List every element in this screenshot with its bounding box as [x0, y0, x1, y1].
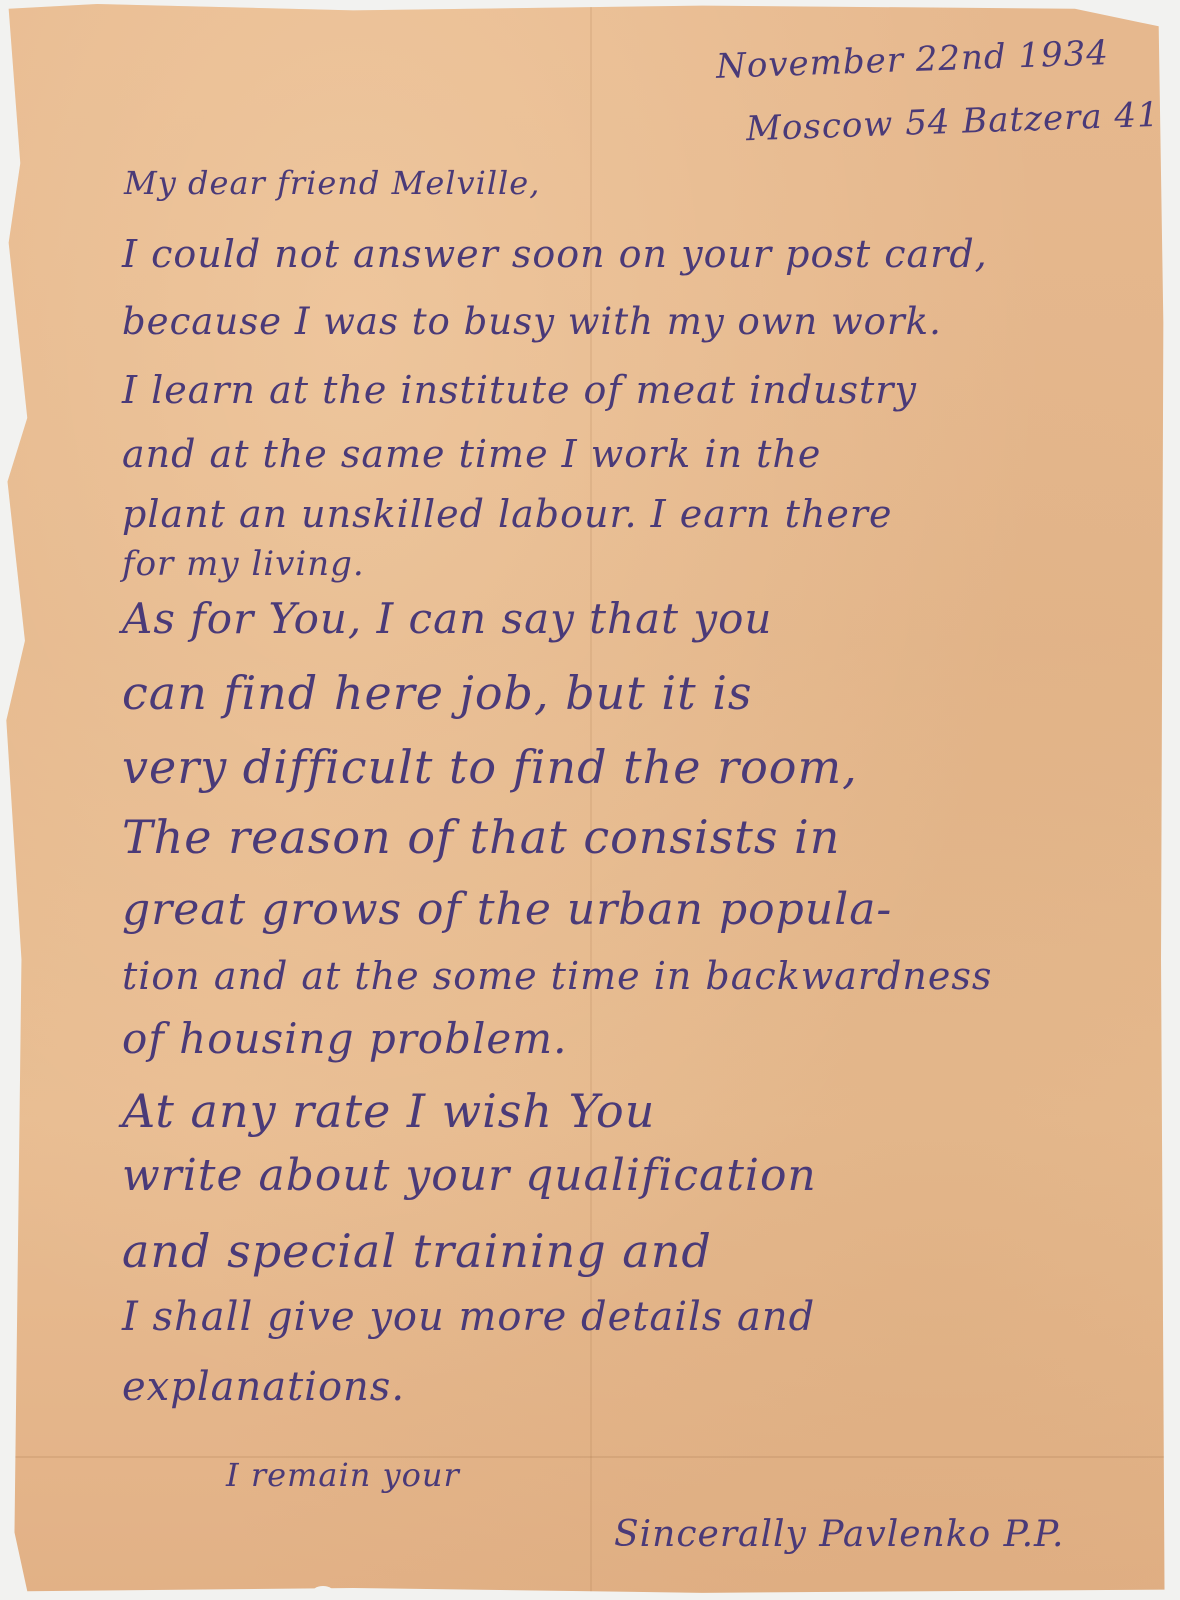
- body-line: I could not answer soon on your post car…: [122, 232, 988, 276]
- body-line: I learn at the institute of meat industr…: [122, 368, 917, 412]
- body-line: write about your qualification: [122, 1150, 817, 1201]
- paper-tear: [312, 1586, 334, 1600]
- letter-place: Moscow 54 Batzera 41: [745, 95, 1160, 149]
- body-line: and special training and: [122, 1224, 712, 1278]
- body-line: As for You, I can say that you: [122, 594, 772, 643]
- signature: Sincerally Pavlenko P.P.: [614, 1514, 1064, 1555]
- body-line: I shall give you more details and: [122, 1294, 815, 1340]
- scanned-letter: November 22nd 1934 Moscow 54 Batzera 41 …: [0, 0, 1180, 1600]
- closing-line: I remain your: [226, 1456, 460, 1494]
- letter-date: November 22nd 1934: [715, 33, 1109, 87]
- body-line: The reason of that consists in: [122, 810, 840, 864]
- body-line: tion and at the some time in backwardnes…: [122, 954, 992, 998]
- body-line: of housing problem.: [122, 1014, 567, 1063]
- body-line: can find here job, but it is: [122, 666, 753, 720]
- horizontal-fold-line: [4, 1456, 1168, 1458]
- body-line: great grows of the urban popula-: [122, 884, 892, 935]
- body-line: and at the same time I work in the: [122, 432, 821, 476]
- body-line: because I was to busy with my own work.: [122, 300, 942, 343]
- body-line: At any rate I wish You: [122, 1084, 655, 1138]
- body-line: for my living.: [122, 544, 365, 584]
- body-line: plant an unskilled labour. I earn there: [122, 492, 892, 536]
- letter-salutation: My dear friend Melville,: [124, 164, 540, 202]
- body-line: explanations.: [122, 1364, 405, 1410]
- paper-sheet: November 22nd 1934 Moscow 54 Batzera 41 …: [4, 4, 1168, 1596]
- body-line: very difficult to find the room,: [122, 740, 858, 794]
